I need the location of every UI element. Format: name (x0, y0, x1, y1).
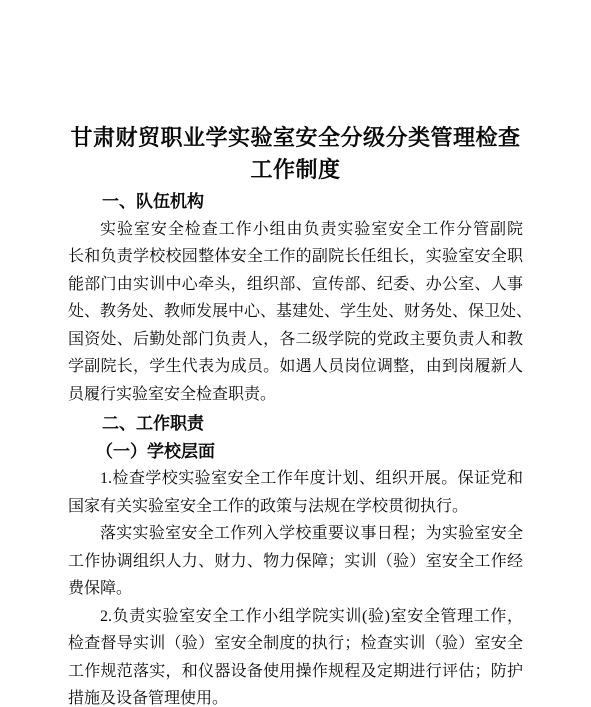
document-page: 甘肃财贸职业学实验室安全分级分类管理检查 工作制度 一、队伍机构实验室安全检查工… (0, 0, 591, 707)
text-line: 费保障。 (68, 575, 523, 603)
text-line: 1.检查学校实验室安全工作年度计划、组织开展。保证党和 (68, 465, 523, 493)
text-line: 检查督导实训（验）室安全制度的执行；检查实训（验）室安全 (68, 630, 523, 658)
text-line: 工作协调组织人力、财力、物力保障；实训（验）室安全工作经 (68, 548, 523, 576)
text-line: 2.负责实验室安全工作小组学院实训(验)室安全管理工作， (68, 603, 523, 631)
text-line: 处、教务处、教师发展中心、基建处、学生处、财务处、保卫处、 (68, 298, 523, 326)
text-line: 工作规范落实，和仪器设备使用操作规程及定期进行评估；防护 (68, 658, 523, 686)
paragraph: 2.负责实验室安全工作小组学院实训(验)室安全管理工作，检查督导实训（验）室安全… (68, 603, 523, 707)
text-line: 措施及设备管理使用。 (68, 685, 523, 707)
paragraph: 1.检查学校实验室安全工作年度计划、组织开展。保证党和国家有关实验室安全工作的政… (68, 465, 523, 520)
text-line: 落实实验室安全工作列入学校重要议事日程；为实验室安全 (68, 520, 523, 548)
text-line: 学副院长，学生代表为成员。如遇人员岗位调整，由到岗履新人 (68, 353, 523, 381)
document-title-line-2: 工作制度 (68, 154, 523, 186)
text-line: 员履行实验室安全检查职责。 (68, 381, 523, 409)
text-line: 能部门由实训中心牵头，组织部、宣传部、纪委、办公室、人事 (68, 271, 523, 299)
document-title-line-1: 甘肃财贸职业学实验室安全分级分类管理检查 (68, 122, 523, 154)
text-line: 实验室安全检查工作小组由负责实验室安全工作分管副院 (68, 216, 523, 244)
paragraph: 实验室安全检查工作小组由负责实验室安全工作分管副院长和负责学校校园整体安全工作的… (68, 216, 523, 409)
section-heading: 一、队伍机构 (68, 188, 523, 216)
text-line: 国资处、后勤处部门负责人，各二级学院的党政主要负责人和教 (68, 326, 523, 354)
paragraph: 落实实验室安全工作列入学校重要议事日程；为实验室安全工作协调组织人力、财力、物力… (68, 520, 523, 603)
text-line: 国家有关实验室安全工作的政策与法规在学校贯彻执行。 (68, 493, 523, 521)
section-heading: 二、工作职责 (68, 410, 523, 438)
text-line: 长和负责学校校园整体安全工作的副院长任组长，实验室安全职 (68, 243, 523, 271)
sub-section-heading: （一）学校层面 (68, 438, 523, 466)
document-title: 甘肃财贸职业学实验室安全分级分类管理检查 工作制度 (68, 122, 523, 186)
document-body: 一、队伍机构实验室安全检查工作小组由负责实验室安全工作分管副院长和负责学校校园整… (68, 188, 523, 707)
